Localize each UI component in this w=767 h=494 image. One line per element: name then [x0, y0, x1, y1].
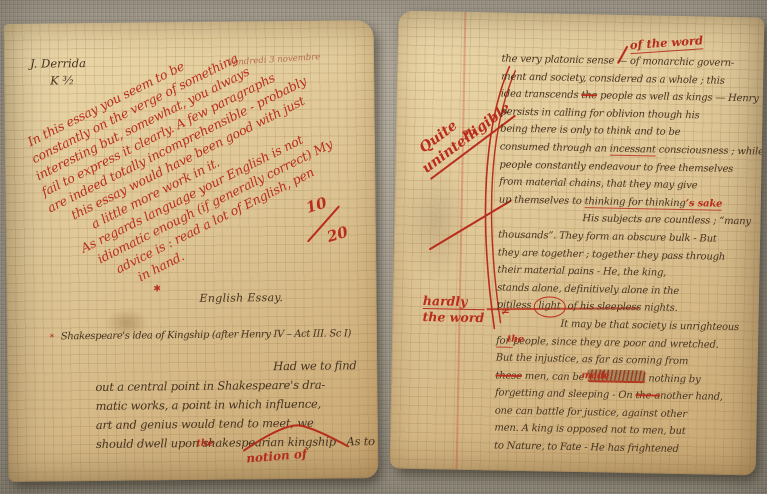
margin-note-hardly-the-word: hardly the word — [422, 293, 484, 325]
circled-word-light: light — [533, 296, 566, 317]
essay-line: Had we to find — [95, 356, 377, 378]
essay-line-segment: consumed through an — [500, 141, 610, 154]
question-marks: ?? — [461, 127, 477, 143]
essay-line-segment: nother hand, — [660, 391, 723, 403]
essay-line-segment: of his sleepless nights. — [565, 301, 678, 314]
grade-denominator: 20 — [325, 223, 350, 246]
struck-word: the — [581, 90, 597, 101]
student-name-block: J. Derrida K ³⁄₂ — [30, 55, 86, 90]
essay-line-segment: idea transcends — [501, 89, 582, 102]
essay-line-segment: pitiless — [497, 300, 535, 312]
small-margin-mark: ∗ — [49, 331, 55, 341]
essay-line-segment: consciousness ; while — [656, 144, 764, 157]
essay-line-segment: up themselves to — [499, 194, 585, 207]
ink-showthrough-smudge — [401, 161, 469, 282]
essay-line: to Nature, to Fate - He has frightened — [494, 438, 750, 461]
class-mark: K ³⁄₂ — [50, 72, 86, 89]
left-manuscript-page: J. Derrida K ³⁄₂ Vendredi 3 novembre In … — [4, 20, 379, 482]
essay-line-segment: men, can be — [522, 371, 588, 383]
essay-title: Shakespeare's idea of Kingship (after He… — [61, 328, 373, 342]
essay-line-segment: should dwell upon — [96, 436, 203, 451]
essay-line-segment: nothing by — [645, 373, 700, 385]
asterisk-mark: ✱ — [153, 284, 161, 294]
student-name: J. Derrida — [30, 55, 86, 73]
scribbled-out-words: made — [587, 369, 645, 383]
red-underlined-word: incessant — [610, 144, 656, 157]
margin-note-line: hardly — [423, 293, 485, 310]
struck-word: these — [495, 370, 522, 382]
essay-heading: English Essay. — [199, 291, 283, 305]
margin-note-line: the word — [422, 309, 484, 325]
essay-line-segment: people, since they are poor and wretched… — [513, 335, 719, 350]
essay-body-right: the very platonic sense — of monarchic g… — [494, 51, 758, 460]
struck-words: the a — [635, 390, 660, 401]
essay-line-segment: forgetting and sleeping - On — [495, 388, 636, 402]
right-manuscript-page: of the word Quite unintelligible ?? hard… — [390, 11, 765, 476]
essay-line-segment: people as well as kings — Henry — [597, 91, 759, 105]
red-underlined-phrase: thinking for thinking — [585, 196, 686, 210]
photo-of-manuscript: J. Derrida K ³⁄₂ Vendredi 3 novembre In … — [0, 0, 767, 494]
correction-sake: ’s sake — [686, 198, 723, 211]
grade-mark: 10 20 — [293, 191, 357, 259]
correction-of-the-word: of the word — [629, 33, 703, 54]
